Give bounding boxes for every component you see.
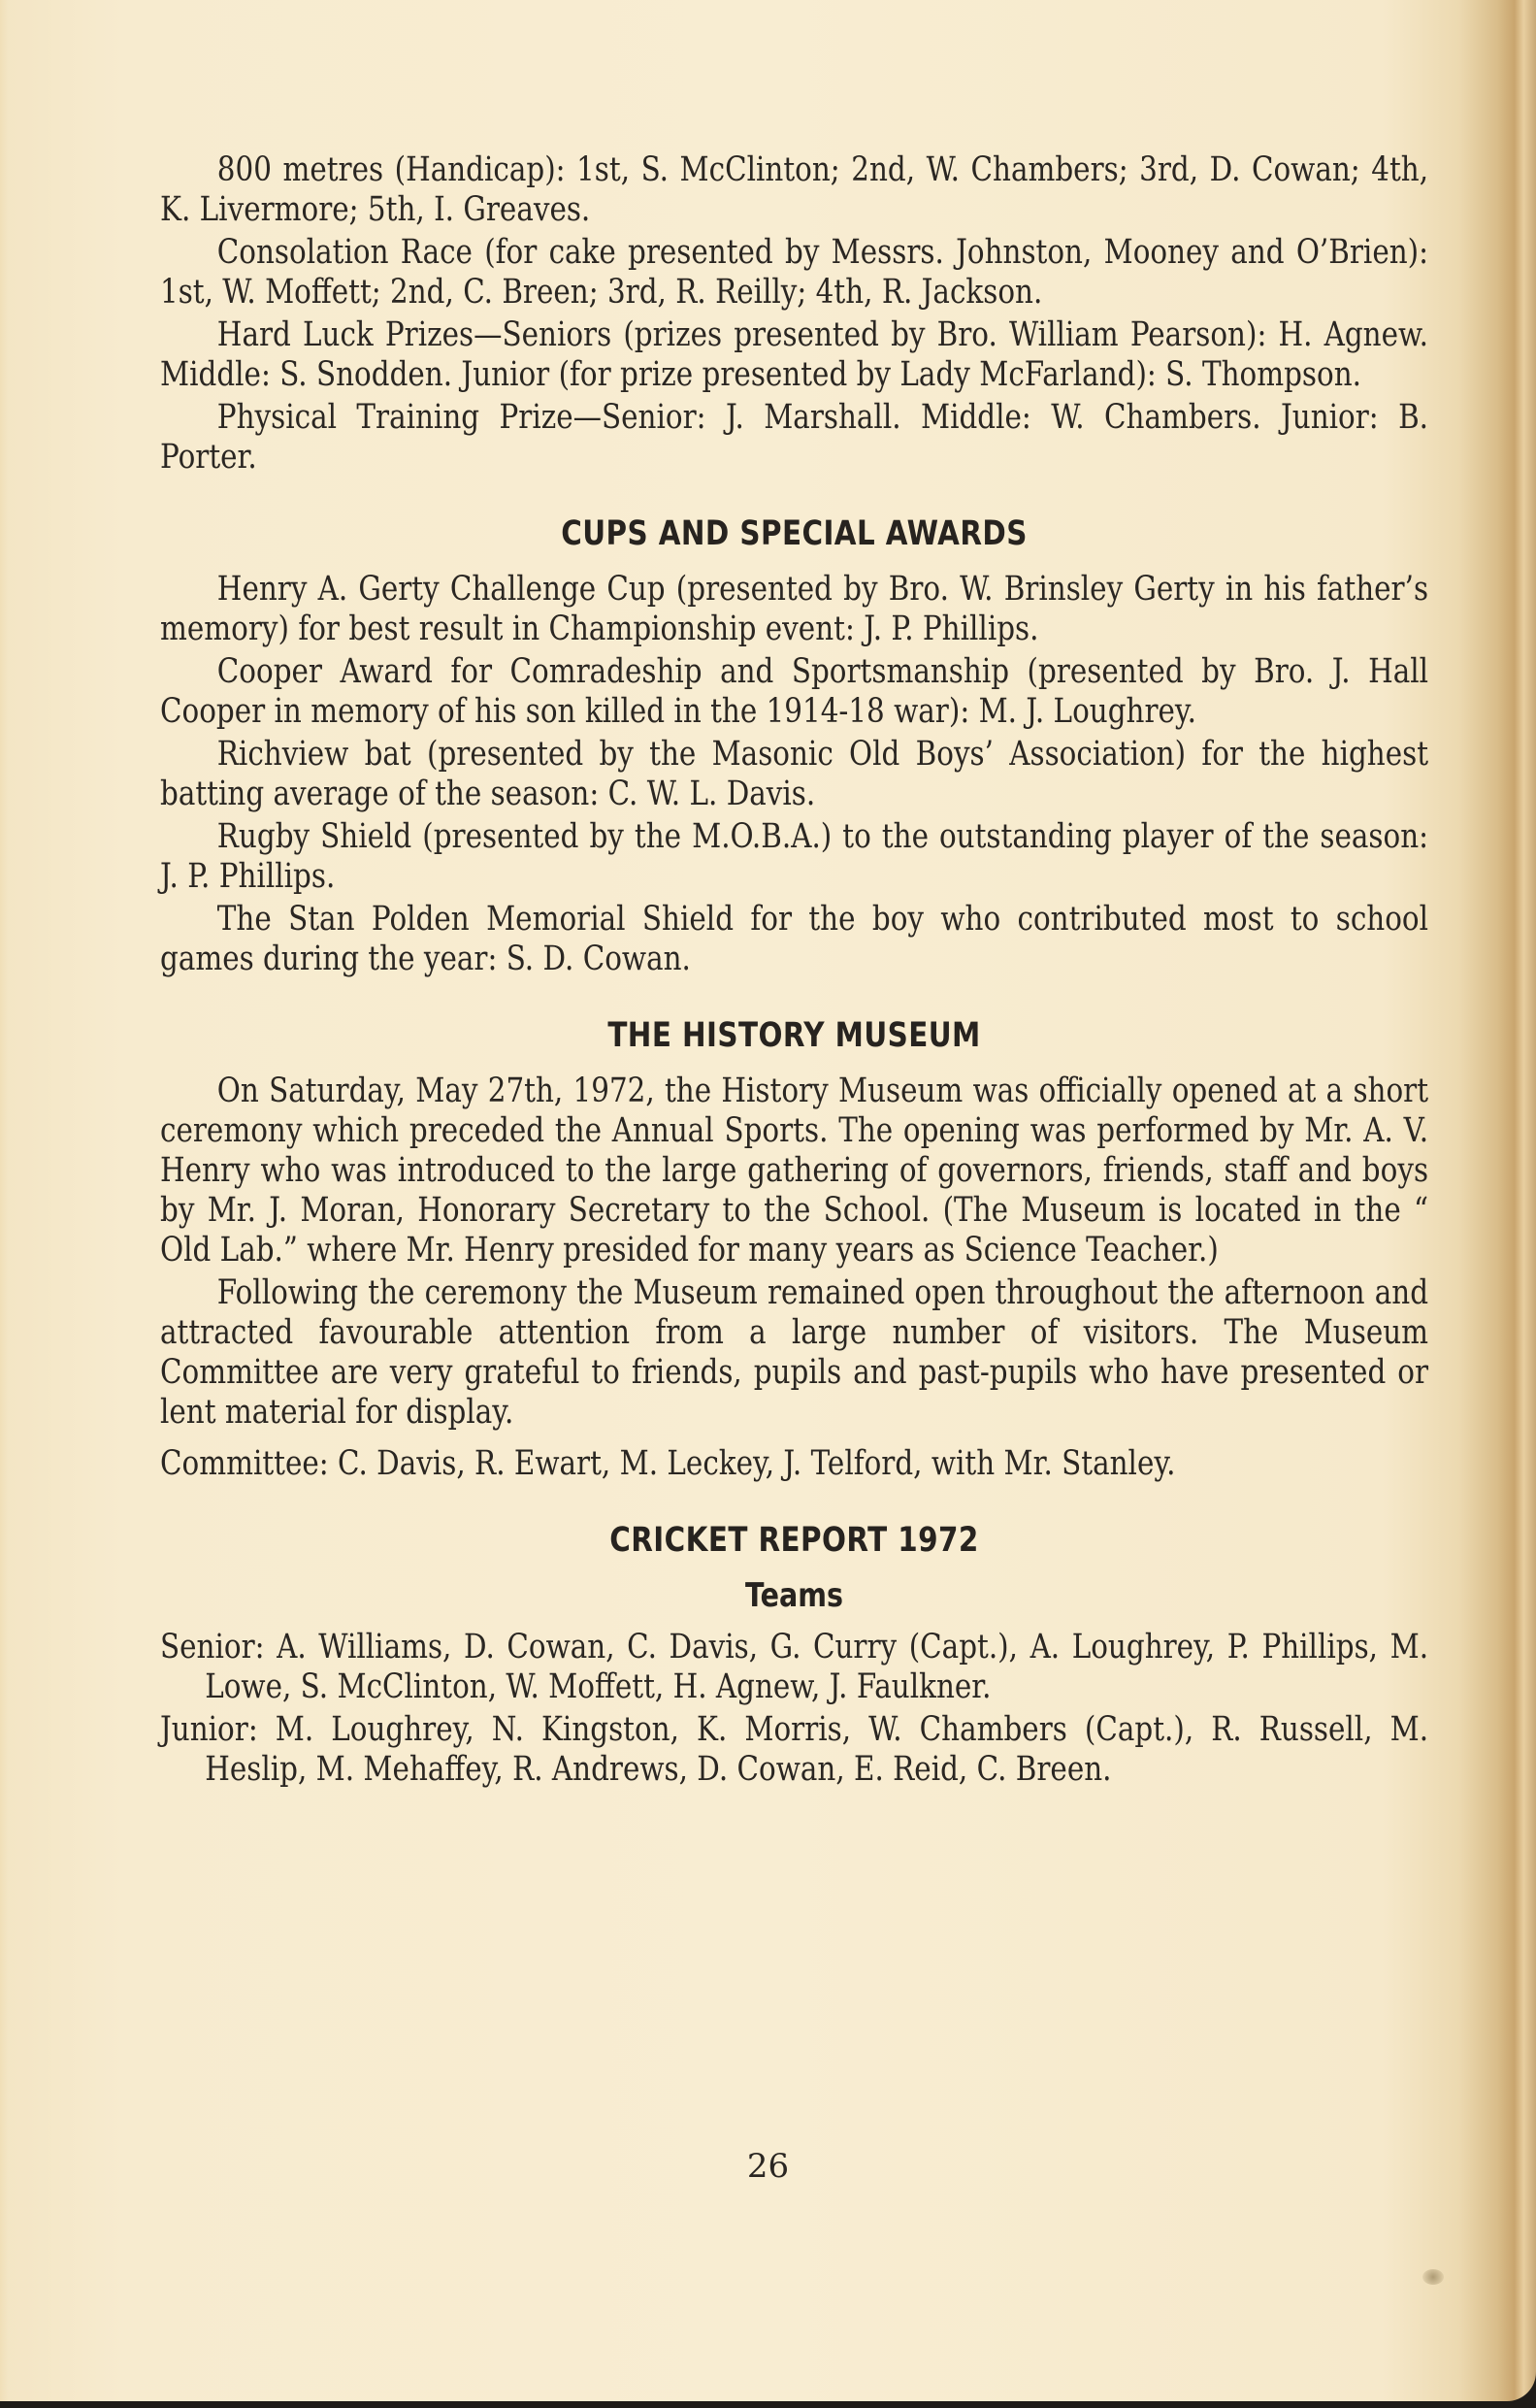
award-cooper: Cooper Award for Comradeship and Sportsm… xyxy=(160,652,1428,732)
cricket-section: CRICKET REPORT 1972 Teams Senior: A. Wil… xyxy=(160,1521,1428,1790)
museum-paragraph: Following the ceremony the Museum remain… xyxy=(160,1273,1428,1433)
cricket-heading: CRICKET REPORT 1972 xyxy=(160,1521,1428,1561)
result-consolation-race: Consolation Race (for cake presented by … xyxy=(160,233,1428,313)
page-content: 800 metres (Handicap): 1st, S. McClinton… xyxy=(160,150,1428,1793)
result-physical-training-prize: Physical Training Prize—Senior: J. Marsh… xyxy=(160,398,1428,478)
result-hard-luck-prizes: Hard Luck Prizes—Seniors (prizes present… xyxy=(160,315,1428,395)
result-800-metres: 800 metres (Handicap): 1st, S. McClinton… xyxy=(160,150,1428,230)
museum-committee: Committee: C. Davis, R. Ewart, M. Leckey… xyxy=(160,1444,1428,1484)
award-gerty-cup: Henry A. Gerty Challenge Cup (presented … xyxy=(160,570,1428,649)
page-number: 26 xyxy=(0,2147,1536,2186)
award-polden-shield: The Stan Polden Memorial Shield for the … xyxy=(160,900,1428,979)
sports-results-section: 800 metres (Handicap): 1st, S. McClinton… xyxy=(160,150,1428,478)
paper-stain xyxy=(1422,2269,1444,2285)
cups-heading: CUPS AND SPECIAL AWARDS xyxy=(160,514,1428,554)
cups-section: CUPS AND SPECIAL AWARDS Henry A. Gerty C… xyxy=(160,514,1428,979)
museum-section: THE HISTORY MUSEUM On Saturday, May 27th… xyxy=(160,1016,1428,1484)
team-junior: Junior: M. Loughrey, N. Kingston, K. Mor… xyxy=(160,1710,1428,1790)
museum-heading: THE HISTORY MUSEUM xyxy=(160,1016,1428,1056)
teams-subheading: Teams xyxy=(160,1576,1428,1616)
team-senior: Senior: A. Williams, D. Cowan, C. Davis,… xyxy=(160,1628,1428,1707)
award-rugby-shield: Rugby Shield (presented by the M.O.B.A.)… xyxy=(160,817,1428,897)
museum-paragraph: On Saturday, May 27th, 1972, the History… xyxy=(160,1072,1428,1270)
award-richview-bat: Richview bat (presented by the Masonic O… xyxy=(160,735,1428,814)
book-page: 800 metres (Handicap): 1st, S. McClinton… xyxy=(0,0,1536,2401)
